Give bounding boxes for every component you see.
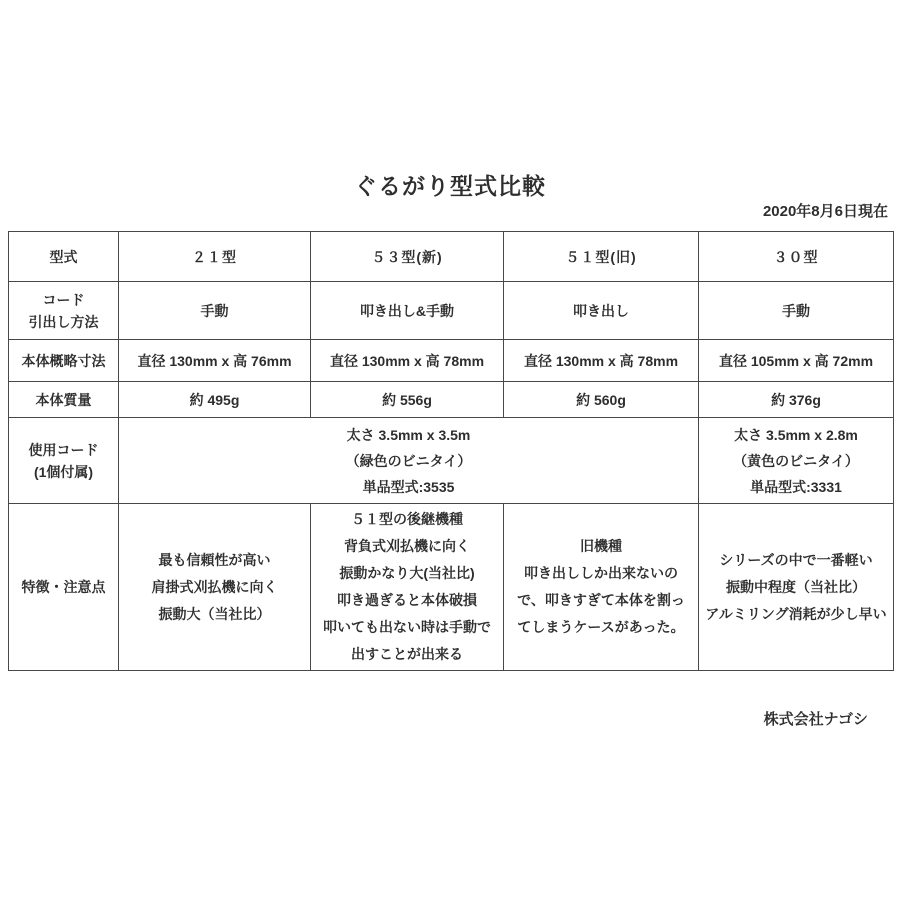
- header-model-53-new: ５３型(新): [311, 232, 504, 282]
- cell-cord-method-53: 叩き出し&手動: [311, 282, 504, 340]
- row-features: 特徴・注意点 最も信頼性が高い 肩掛式刈払機に向く 振動大（当社比） ５１型の後…: [9, 504, 894, 671]
- model-comparison-table: 型式 ２１型 ５３型(新) ５１型(旧) ３０型 コード 引出し方法 手動 叩き…: [8, 231, 894, 671]
- row-label-cord-method: コード 引出し方法: [9, 282, 119, 340]
- cell-dimensions-30: 直径 105mm x 高 72mm: [699, 340, 894, 382]
- row-cord-method: コード 引出し方法 手動 叩き出し&手動 叩き出し 手動: [9, 282, 894, 340]
- page: ぐるがり型式比較 2020年8月6日現在 型式 ２１型 ５３型(新) ５１型(旧…: [0, 0, 900, 900]
- cell-features-51: 旧機種 叩き出ししか出来ないの で、叩きすぎて本体を割っ てしまうケースがあった…: [504, 504, 699, 671]
- header-model-51-old: ５１型(旧): [504, 232, 699, 282]
- row-label-features: 特徴・注意点: [9, 504, 119, 671]
- row-label-cord-spec: 使用コード (1個付属): [9, 418, 119, 504]
- cell-weight-21: 約 495g: [119, 382, 311, 418]
- cell-cord-spec-merged: 太さ 3.5mm x 3.5m （緑色のビニタイ） 単品型式:3535: [119, 418, 699, 504]
- cell-dimensions-53: 直径 130mm x 高 78mm: [311, 340, 504, 382]
- cell-dimensions-21: 直径 130mm x 高 76mm: [119, 340, 311, 382]
- header-model-30: ３０型: [699, 232, 894, 282]
- header-model-label: 型式: [9, 232, 119, 282]
- date-stamp: 2020年8月6日現在: [763, 200, 888, 221]
- row-cord-spec: 使用コード (1個付属) 太さ 3.5mm x 3.5m （緑色のビニタイ） 単…: [9, 418, 894, 504]
- cell-cord-method-51: 叩き出し: [504, 282, 699, 340]
- header-model-21: ２１型: [119, 232, 311, 282]
- cell-cord-method-21: 手動: [119, 282, 311, 340]
- table-header-row: 型式 ２１型 ５３型(新) ５１型(旧) ３０型: [9, 232, 894, 282]
- cell-cord-method-30: 手動: [699, 282, 894, 340]
- cell-dimensions-51: 直径 130mm x 高 78mm: [504, 340, 699, 382]
- cell-cord-spec-30: 太さ 3.5mm x 2.8m （黄色のビニタイ） 単品型式:3331: [699, 418, 894, 504]
- cell-weight-30: 約 376g: [699, 382, 894, 418]
- row-label-weight: 本体質量: [9, 382, 119, 418]
- cell-features-53: ５１型の後継機種 背負式刈払機に向く 振動かなり大(当社比) 叩き過ぎると本体破…: [311, 504, 504, 671]
- cell-weight-51: 約 560g: [504, 382, 699, 418]
- row-label-dimensions: 本体概略寸法: [9, 340, 119, 382]
- row-weight: 本体質量 約 495g 約 556g 約 560g 約 376g: [9, 382, 894, 418]
- cell-weight-53: 約 556g: [311, 382, 504, 418]
- row-dimensions: 本体概略寸法 直径 130mm x 高 76mm 直径 130mm x 高 78…: [9, 340, 894, 382]
- cell-features-21: 最も信頼性が高い 肩掛式刈払機に向く 振動大（当社比）: [119, 504, 311, 671]
- page-title: ぐるがり型式比較: [0, 168, 900, 201]
- company-name: 株式会社ナゴシ: [764, 708, 868, 729]
- cell-features-30: シリーズの中で一番軽い 振動中程度（当社比） アルミリング消耗が少し早い: [699, 504, 894, 671]
